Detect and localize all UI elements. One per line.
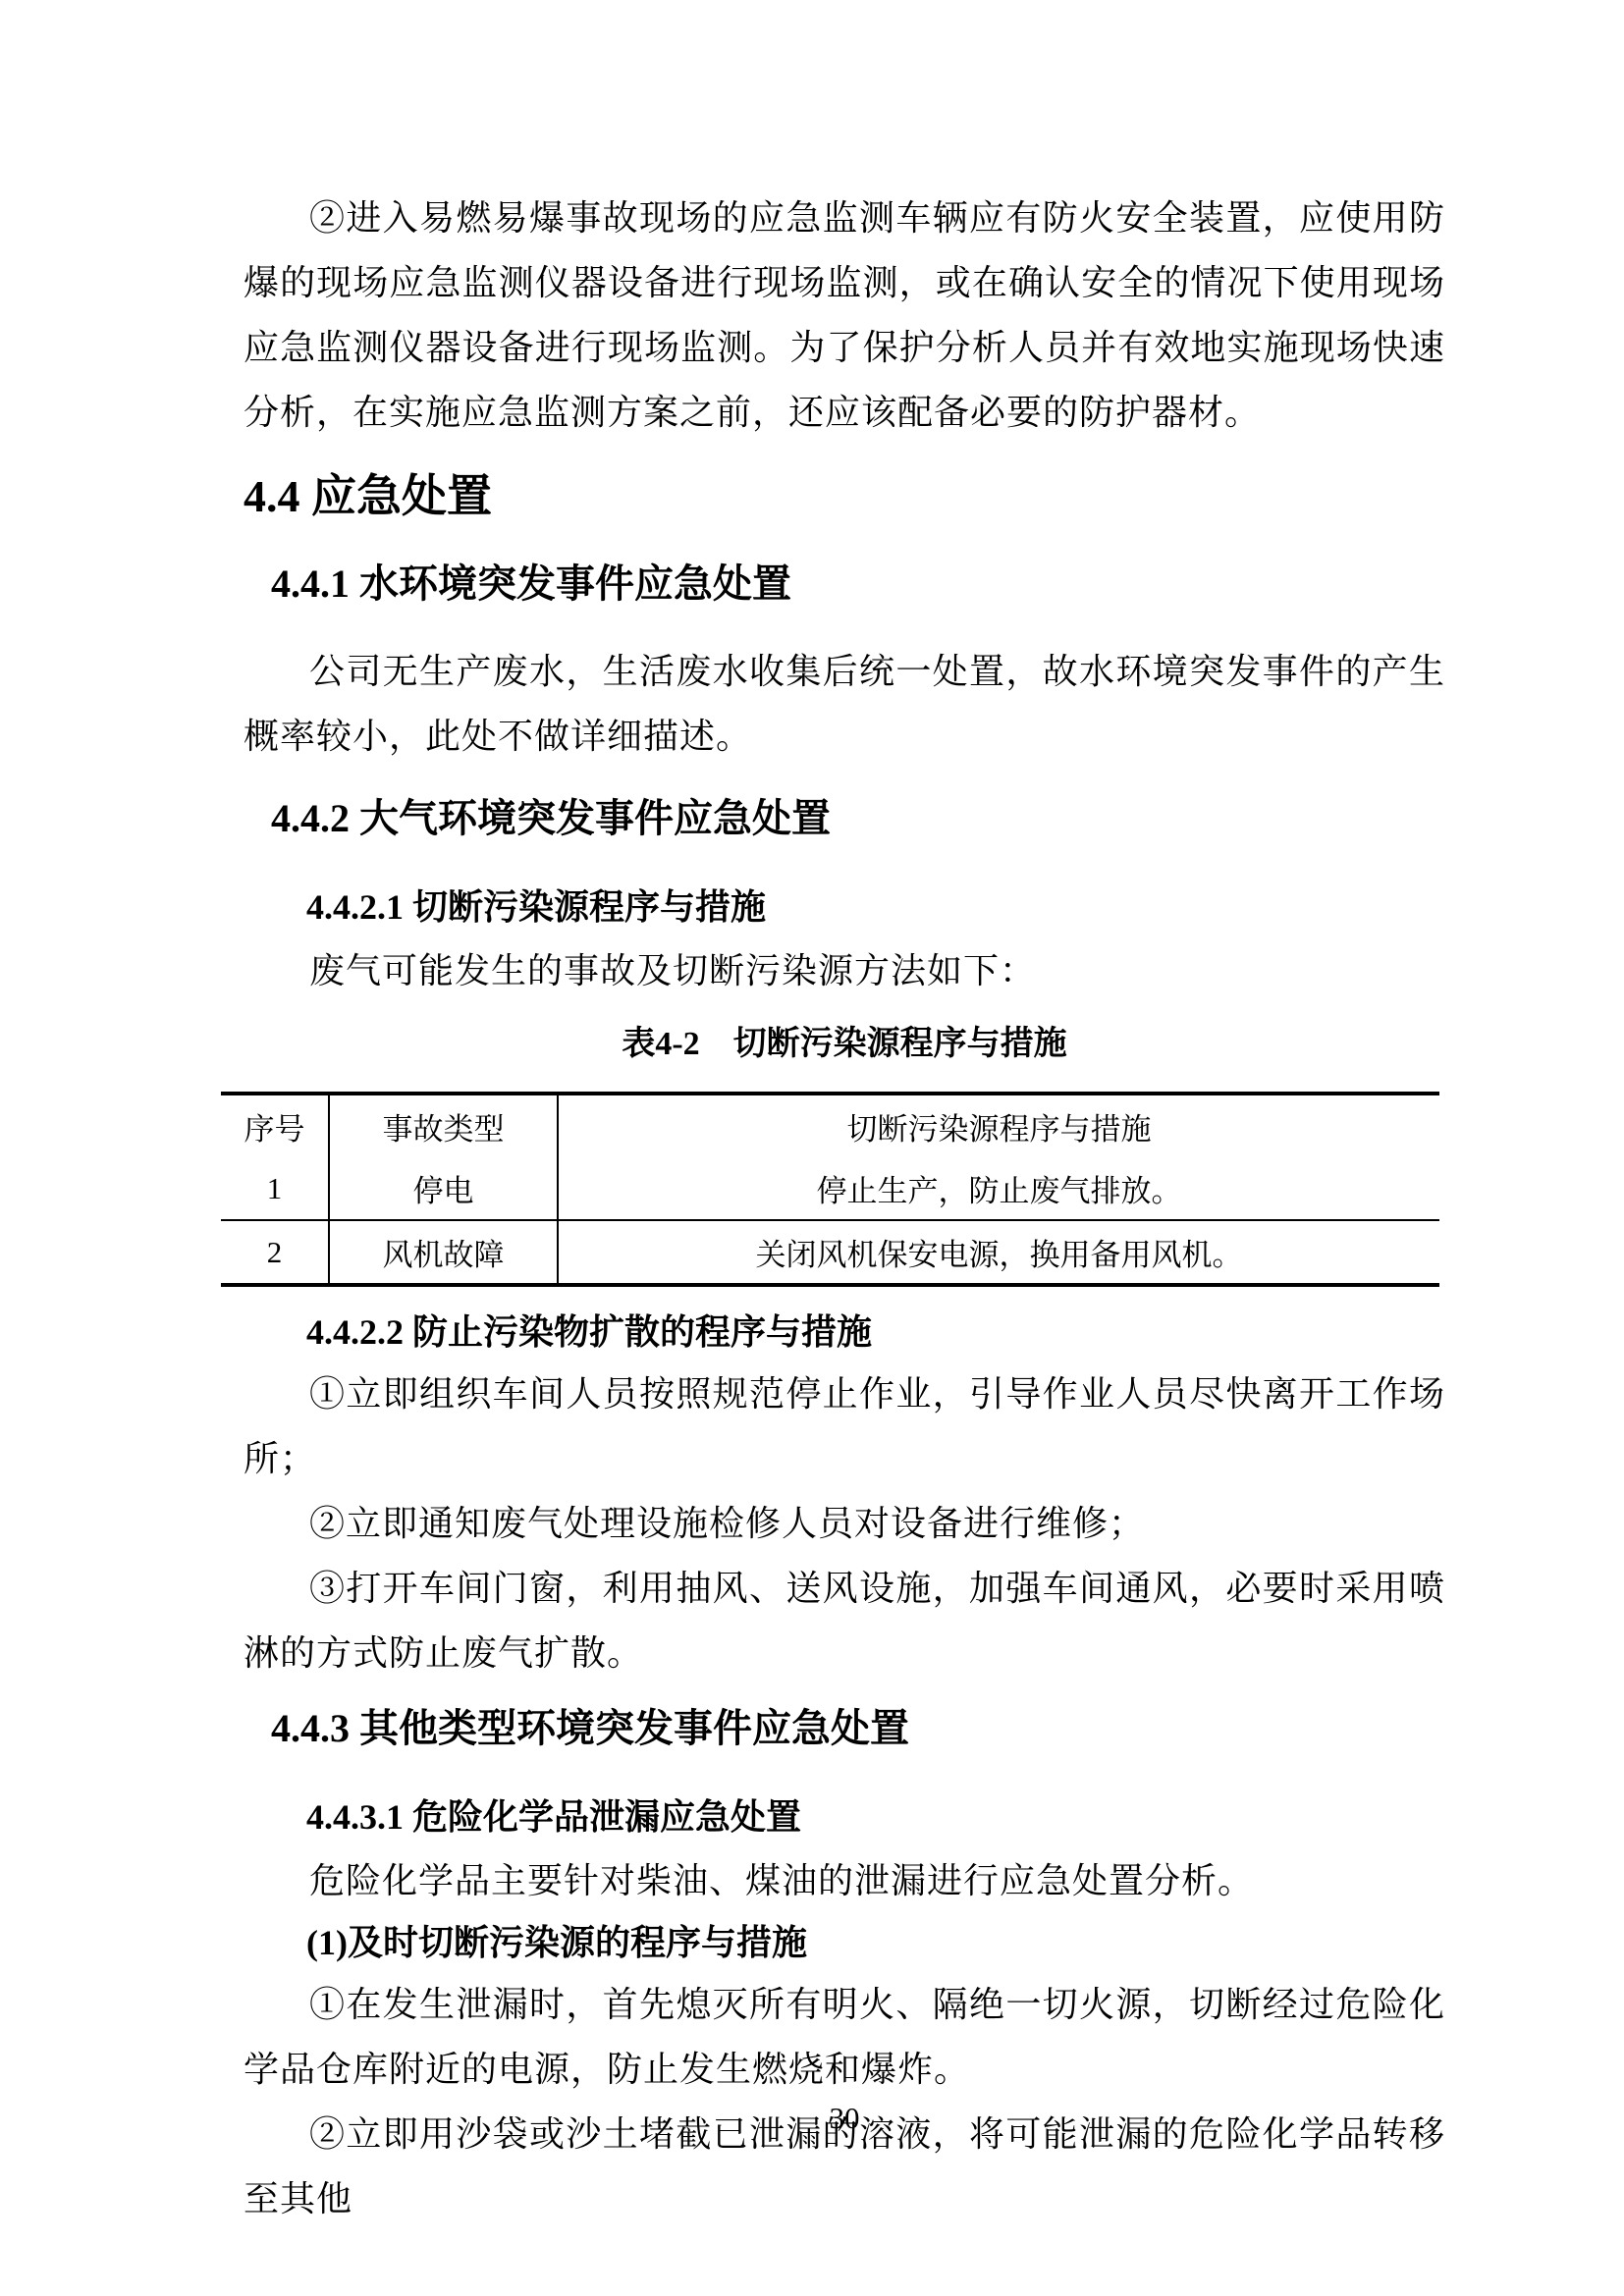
paragraph-4-4-2-2-item-1: ①立即组织车间人员按照规范停止作业，引导作业人员尽快离开工作场所； <box>244 1362 1445 1491</box>
heading-4-4-emergency-disposal: 4.4 应急处置 <box>244 462 1445 531</box>
cell-index: 1 <box>221 1157 329 1220</box>
page-content: ②进入易燃易爆事故现场的应急监测车辆应有防火安全装置，应使用防爆的现场应急监测仪… <box>0 0 1624 2231</box>
table-header-accident-type: 事故类型 <box>329 1094 558 1157</box>
paragraph-emergency-monitoring: ②进入易燃易爆事故现场的应急监测车辆应有防火安全装置，应使用防爆的现场应急监测仪… <box>244 186 1445 445</box>
document-page: ②进入易燃易爆事故现场的应急监测车辆应有防火安全装置，应使用防爆的现场应急监测仪… <box>0 0 1624 2296</box>
heading-4-4-3-other-incident: 4.4.3 其他类型环境突发事件应急处置 <box>244 1697 1445 1760</box>
cell-measures: 停止生产，防止废气排放。 <box>558 1157 1439 1220</box>
heading-4-4-2-air-incident: 4.4.2 大气环境突发事件应急处置 <box>244 787 1445 850</box>
heading-4-4-2-1-cutoff-source: 4.4.2.1 切断污染源程序与措施 <box>244 878 1445 936</box>
pollution-source-cutoff-table: 序号 事故类型 切断污染源程序与措施 1 停电 停止生产，防止废气排放。 2 风… <box>221 1092 1439 1287</box>
paragraph-4-4-2-1-intro: 废气可能发生的事故及切断污染源方法如下： <box>244 938 1445 1003</box>
table-caption: 表4-2 切断污染源程序与措施 <box>244 1017 1445 1072</box>
paragraph-4-4-3-1-item-1: ①在发生泄漏时，首先熄灭所有明火、隔绝一切火源，切断经过危险化学品仓库附近的电源… <box>244 1972 1445 2102</box>
cell-measures: 关闭风机保安电源，换用备用风机。 <box>558 1220 1439 1285</box>
heading-4-4-3-1-chemical-leak: 4.4.3.1 危险化学品泄漏应急处置 <box>244 1788 1445 1846</box>
cell-accident-type: 停电 <box>329 1157 558 1220</box>
table-header-measures: 切断污染源程序与措施 <box>558 1094 1439 1157</box>
table-header-index: 序号 <box>221 1094 329 1157</box>
paragraph-4-4-2-2-item-3: ③打开车间门窗，利用抽风、送风设施，加强车间通风，必要时采用喷淋的方式防止废气扩… <box>244 1556 1445 1685</box>
page-number: 30 <box>244 2099 1445 2138</box>
paragraph-4-4-1-wastewater: 公司无生产废水，生活废水收集后统一处置，故水环境突发事件的产生概率较小，此处不做… <box>244 639 1445 769</box>
heading-4-4-2-2-prevent-diffusion: 4.4.2.2 防止污染物扩散的程序与措施 <box>244 1303 1445 1362</box>
cell-accident-type: 风机故障 <box>329 1220 558 1285</box>
heading-4-4-3-1-sub-1: (1)及时切断污染源的程序与措施 <box>244 1913 1445 1972</box>
cell-index: 2 <box>221 1220 329 1285</box>
paragraph-4-4-2-2-item-2: ②立即通知废气处理设施检修人员对设备进行维修； <box>244 1491 1445 1556</box>
paragraph-4-4-3-1-intro: 危险化学品主要针对柴油、煤油的泄漏进行应急处置分析。 <box>244 1848 1445 1913</box>
heading-4-4-1-water-incident: 4.4.1 水环境突发事件应急处置 <box>244 553 1445 615</box>
table-row: 2 风机故障 关闭风机保安电源，换用备用风机。 <box>221 1220 1439 1285</box>
table-row: 1 停电 停止生产，防止废气排放。 <box>221 1157 1439 1220</box>
table-header-row: 序号 事故类型 切断污染源程序与措施 <box>221 1094 1439 1157</box>
